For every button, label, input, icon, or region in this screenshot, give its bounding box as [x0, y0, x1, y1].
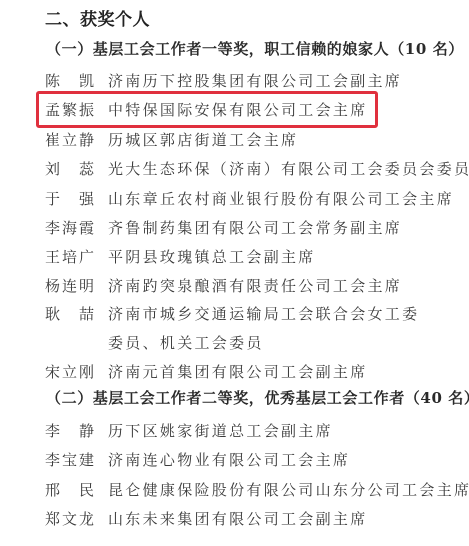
name-char: 连: [62, 275, 78, 296]
group-title-second-prize: （二）基层工会工作者二等奖，优秀基层工会工作者（40 名）: [46, 387, 469, 408]
person-position: 济南趵突泉酿酒有限责任公司工会主席: [108, 275, 402, 296]
person-name: 邢 民: [45, 479, 95, 500]
name-char: 李: [45, 420, 61, 441]
person-name: 陈 凯: [45, 70, 95, 91]
name-char: 蕊: [79, 158, 95, 179]
person-position: 昆仑健康保险股份有限公司山东分公司工会主席: [108, 479, 469, 500]
list-item-highlighted: 孟 繁 振 中特保国际安保有限公司工会主席: [0, 95, 469, 123]
name-char: 繁: [62, 99, 78, 120]
person-position: 光大生态环保（济南）有限公司工会委员会委员: [108, 158, 469, 179]
name-char: 李: [45, 217, 61, 238]
section-title: 二、获奖个人: [45, 5, 150, 30]
person-name: 于 强: [45, 188, 95, 209]
person-position: 济南历下控股集团有限公司工会副主席: [108, 70, 402, 91]
list-item: 耿 喆 济南市城乡交通运输局工会联合会女工委: [0, 299, 469, 327]
person-position: 山东未来集团有限公司工会副主席: [108, 508, 368, 529]
list-item: 崔 立 静 历城区郭店街道工会主席: [0, 125, 469, 153]
list-item: 邢 民 昆仑健康保险股份有限公司山东分公司工会主席: [0, 475, 469, 503]
name-char: 霞: [79, 217, 95, 238]
person-name: 李 宝 建: [45, 449, 95, 470]
name-char: 陈: [45, 70, 61, 91]
person-name: 刘 蕊: [45, 158, 95, 179]
group-title-first-prize: （一）基层工会工作者一等奖，职工信赖的娘家人（10 名）: [46, 38, 464, 59]
name-char: 凯: [79, 70, 95, 91]
name-char: 龙: [79, 508, 95, 529]
name-char: 王: [45, 246, 61, 267]
name-char: 强: [79, 188, 95, 209]
person-position: 历城区郭店街道工会主席: [108, 129, 298, 150]
list-item-continuation: 委员、机关工会委员: [0, 328, 469, 356]
list-item: 王 培 广 平阴县玫瑰镇总工会副主席: [0, 242, 469, 270]
list-item: 郑 文 龙 山东未来集团有限公司工会副主席: [0, 504, 469, 532]
name-char: 立: [62, 129, 78, 150]
name-char: 宝: [62, 449, 78, 470]
name-char: 喆: [79, 303, 95, 324]
person-name: 宋 立 刚: [45, 361, 95, 382]
name-char: 文: [62, 508, 78, 529]
person-position: 齐鲁制药集团有限公司工会常务副主席: [108, 217, 402, 238]
person-name: 崔 立 静: [45, 129, 95, 150]
person-position: 平阴县玫瑰镇总工会副主席: [108, 246, 316, 267]
name-char: 杨: [45, 275, 61, 296]
list-item: 陈 凯 济南历下控股集团有限公司工会副主席: [0, 66, 469, 94]
person-name: 李 海 霞: [45, 217, 95, 238]
name-char: 李: [45, 449, 61, 470]
list-item: 李 静 历下区姚家街道总工会副主席: [0, 416, 469, 444]
list-item: 李 宝 建 济南连心物业有限公司工会主席: [0, 445, 469, 473]
list-item: 李 海 霞 齐鲁制药集团有限公司工会常务副主席: [0, 213, 469, 241]
person-position: 济南连心物业有限公司工会主席: [108, 449, 350, 470]
list-item: 杨 连 明 济南趵突泉酿酒有限责任公司工会主席: [0, 271, 469, 299]
list-item: 刘 蕊 光大生态环保（济南）有限公司工会委员会委员: [0, 154, 469, 182]
person-position: 山东章丘农村商业银行股份有限公司工会主席: [108, 188, 454, 209]
name-char: 于: [45, 188, 61, 209]
list-item: 宋 立 刚 济南元首集团有限公司工会副主席: [0, 357, 469, 385]
person-name: 郑 文 龙: [45, 508, 95, 529]
name-char: 广: [79, 246, 95, 267]
person-position: 中特保国际安保有限公司工会主席: [108, 99, 368, 120]
person-name: 耿 喆: [45, 303, 95, 324]
person-name: 王 培 广: [45, 246, 95, 267]
name-char: 静: [79, 420, 95, 441]
name-char: 孟: [45, 99, 61, 120]
person-position: 济南市城乡交通运输局工会联合会女工委: [108, 303, 419, 324]
person-position: 历下区姚家街道总工会副主席: [108, 420, 333, 441]
award-document: 二、获奖个人 （一）基层工会工作者一等奖，职工信赖的娘家人（10 名） 陈 凯 …: [0, 0, 469, 546]
name-char: 建: [79, 449, 95, 470]
name-char: 宋: [45, 361, 61, 382]
name-char: 崔: [45, 129, 61, 150]
person-position: 济南元首集团有限公司工会副主席: [108, 361, 368, 382]
name-char: 静: [79, 129, 95, 150]
name-char: 刘: [45, 158, 61, 179]
name-char: 郑: [45, 508, 61, 529]
name-char: 耿: [45, 303, 61, 324]
person-position-continued: 委员、机关工会委员: [108, 332, 264, 353]
name-char: 立: [62, 361, 78, 382]
name-char: 振: [79, 99, 95, 120]
name-char: 刚: [79, 361, 95, 382]
name-char: 培: [62, 246, 78, 267]
name-char: 民: [79, 479, 95, 500]
person-name: 李 静: [45, 420, 95, 441]
name-char: 邢: [45, 479, 61, 500]
list-item: 于 强 山东章丘农村商业银行股份有限公司工会主席: [0, 184, 469, 212]
person-name: 孟 繁 振: [45, 99, 95, 120]
name-char: 海: [62, 217, 78, 238]
person-name: 杨 连 明: [45, 275, 95, 296]
name-char: 明: [79, 275, 95, 296]
